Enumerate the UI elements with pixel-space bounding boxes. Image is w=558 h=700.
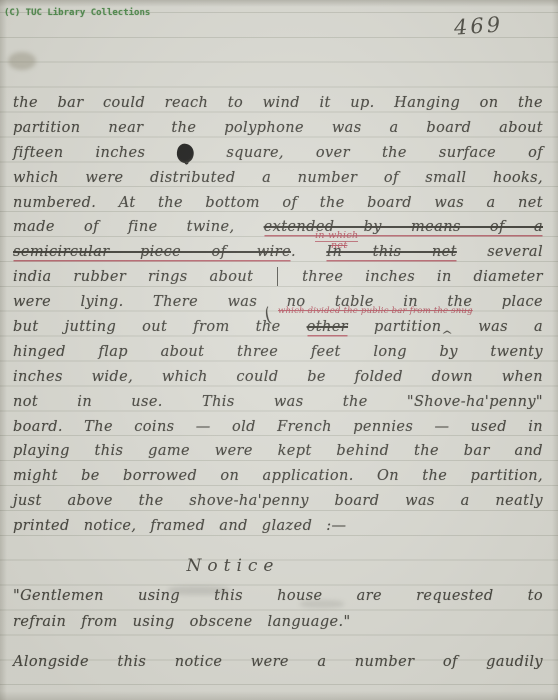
ms-line-2: partition near the polyphone was a board… xyxy=(13,116,543,141)
ms-line-17: just above the shove-ha'penny board was … xyxy=(13,489,543,514)
ms-line-6-text: made of fine twine, xyxy=(13,219,235,235)
notice-line-1: "Gentlemen using this house are requeste… xyxy=(13,584,543,609)
ms-line-3-text-a: fifteen inches xyxy=(13,145,145,161)
ms-line-7-text: several xyxy=(487,244,543,260)
page-number: 469 xyxy=(453,12,504,39)
struck-text: semicircular piece of wire xyxy=(13,244,291,260)
ms-line-13: not in use. This was the "Shove-ha'penny… xyxy=(13,390,543,415)
period: . xyxy=(291,244,296,260)
manuscript-page: (C) TUC Library Collections 469 the bar … xyxy=(0,0,558,700)
pencil-divider-mark xyxy=(277,267,278,286)
ms-line-16: might be borrowed on application. On the… xyxy=(13,464,543,489)
ms-line-10-text-c: was a xyxy=(478,319,543,335)
ms-line-5: numbered. At the bottom of the board was… xyxy=(13,191,543,216)
closing-line: Alongside this notice were a number of g… xyxy=(13,650,543,675)
ms-line-8: india rubber rings about three inches in… xyxy=(13,265,543,290)
ms-line-4: which were distributed a number of small… xyxy=(13,166,543,191)
copyright-watermark: (C) TUC Library Collections xyxy=(4,8,150,18)
ms-line-9: were lying. There was no table in the pl… xyxy=(13,290,543,315)
ms-line-10: but jutting out from the other partition… xyxy=(13,315,543,340)
ms-line-8-text-a: india rubber rings about xyxy=(13,269,253,285)
notice-heading: Notice xyxy=(13,556,453,576)
ms-line-18: printed notice, framed and glazed :— xyxy=(13,514,543,539)
ms-line-14: board. The coins — old French pennies — … xyxy=(13,415,543,440)
ms-line-10-text-a: but jutting out from the xyxy=(13,319,281,335)
red-correction-net: net xyxy=(331,241,347,251)
ms-line-11: hinged flap about three feet long by twe… xyxy=(13,340,543,365)
ms-line-10-text-b: partition xyxy=(374,319,441,335)
ms-line-15: playing this game were kept behind the b… xyxy=(13,439,543,464)
ms-line-3: fifteen inches square, over the surface … xyxy=(13,141,543,166)
ms-line-8-text-b: three inches in diameter xyxy=(302,269,543,285)
ms-line-3-text-b: square, over the surface of xyxy=(226,145,543,161)
manuscript-body: the bar could reach to wind it up. Hangi… xyxy=(13,91,543,539)
ink-blot-icon xyxy=(175,142,196,165)
paper-stain xyxy=(8,52,36,70)
notice-line-2: refrain from using obscene language." xyxy=(13,610,543,635)
struck-text: other xyxy=(307,319,348,335)
ms-line-6: made of fine twine, extended by means of… xyxy=(13,215,543,240)
struck-text: extended by means of a xyxy=(264,219,543,235)
ms-line-12: inches wide, which could be folded down … xyxy=(13,365,543,390)
ms-line-7: in whichnetsemicircular piece of wire. I… xyxy=(13,240,543,265)
ms-line-1: the bar could reach to wind it up. Hangi… xyxy=(13,91,543,116)
